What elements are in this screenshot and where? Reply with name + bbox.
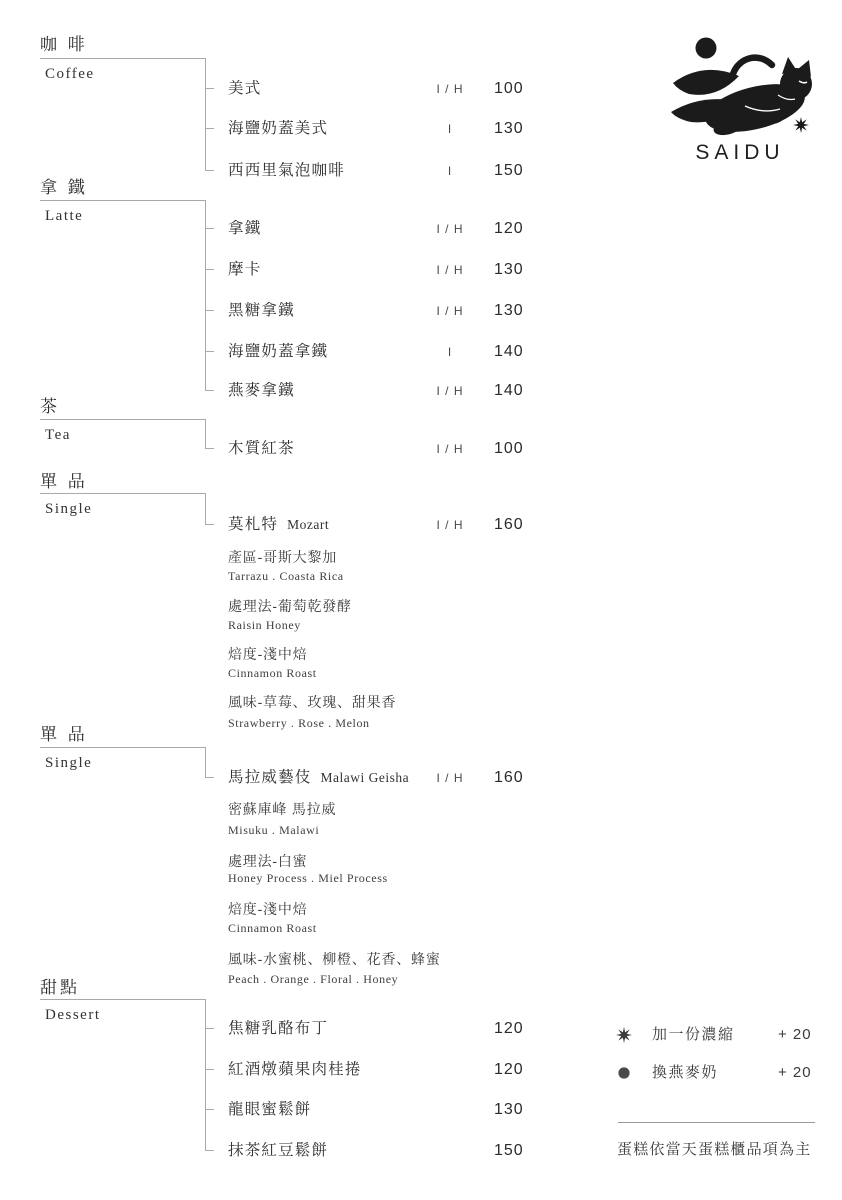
item-price: 160 [494,513,524,537]
item-price: 130 [494,117,524,141]
item-size: I [412,340,488,364]
sun-dot [696,38,717,59]
item-price: 130 [494,299,524,323]
detail-en: Cinnamon Roast [228,920,317,936]
item-price: 130 [494,258,524,282]
detail-zh: 密蘇庫峰 馬拉威 [228,800,336,818]
menu-item-row: 木質紅茶 I / H 100 [0,437,640,461]
item-name-en: Malawi Geisha [321,770,410,785]
addon-label: 換燕麥奶 [652,1061,718,1085]
menu-item-row: 龍眼蜜鬆餅 130 [0,1098,640,1122]
item-size: I / H [412,299,488,323]
menu-item-row: 海鹽奶蓋拿鐵 I 140 [0,340,640,364]
item-price: 100 [494,437,524,461]
addon-label: 加一份濃縮 [652,1023,735,1047]
section-underline [40,58,206,59]
item-size: I [412,159,488,183]
item-name: 馬拉威藝伎 [228,769,312,786]
item-name: 燕麥拿鐵 [228,382,295,399]
cat-ear-left [782,57,797,74]
section-title-zh: 單 品 [40,470,88,494]
footer-divider [618,1122,815,1123]
item-price: 130 [494,1098,524,1122]
item-name-en: Mozart [287,517,329,532]
detail-en: Tarrazu . Coasta Rica [228,568,344,584]
section-title-zh: 單 品 [40,723,88,747]
item-price: 150 [494,1139,524,1163]
star-icon [793,117,809,133]
item-size: I / H [412,513,488,537]
menu-item-row: 莫札特Mozart I / H 160 [0,513,640,537]
cat-tail [733,58,772,74]
menu-item-row: 黑糖拿鐵 I / H 130 [0,299,640,323]
section-title-zh: 茶 [40,395,60,419]
item-price: 140 [494,379,524,403]
menu-item-row: 西西里氣泡咖啡 I 150 [0,159,640,183]
item-size: I / H [412,379,488,403]
item-price: 150 [494,159,524,183]
detail-en: Cinnamon Roast [228,665,317,681]
menu-item-row: 海鹽奶蓋美式 I 130 [0,117,640,141]
detail-zh: 風味-草莓、玫瑰、甜果香 [228,693,396,711]
item-price: 140 [494,340,524,364]
item-name: 莫札特 [228,516,278,533]
eight-spoked-asterisk-icon [616,1027,632,1043]
addon-price: + 20 [778,1023,812,1047]
detail-en: Strawberry . Rose . Melon [228,715,370,731]
item-size: I / H [412,258,488,282]
detail-en: Misuku . Malawi [228,822,319,838]
detail-en: Raisin Honey [228,617,301,633]
detail-zh: 產區-哥斯大黎加 [228,548,337,566]
item-price: 120 [494,217,524,241]
cat-wing-upper [673,70,739,95]
addon-note-row: 加一份濃縮 + 20 [0,1023,842,1047]
brand-name: SAIDU [658,141,822,165]
item-name: 摩卡 [228,261,261,278]
detail-zh: 焙度-淺中焙 [228,900,307,918]
menu-item-row: 抹茶紅豆鬆餅 150 [0,1139,640,1163]
detail-zh: 焙度-淺中焙 [228,645,307,663]
item-size: I / H [412,77,488,101]
menu-item-row: 燕麥拿鐵 I / H 140 [0,379,640,403]
flying-cat-icon [659,24,821,138]
section-title-zh: 拿 鐵 [40,176,88,200]
item-size: I / H [412,217,488,241]
detail-zh: 處理法-白蜜 [228,852,307,870]
section-underline [40,493,206,494]
addon-note-row: 換燕麥奶 + 20 [0,1061,842,1085]
item-name: 西西里氣泡咖啡 [228,162,345,179]
bracket-line [205,58,206,170]
section-title-zh: 甜點 [40,976,80,1000]
item-size: I [412,117,488,141]
item-name: 抹茶紅豆鬆餅 [228,1142,328,1159]
item-name: 龍眼蜜鬆餅 [228,1101,312,1118]
detail-zh: 風味-水蜜桃、柳橙、花香、蜂蜜 [228,950,441,968]
item-price: 160 [494,766,524,790]
item-price: 100 [494,77,524,101]
detail-en: Honey Process . Miel Process [228,870,388,886]
detail-en: Peach . Orange . Floral . Honey [228,971,398,987]
section-underline [40,747,206,748]
menu-item-row: 摩卡 I / H 130 [0,258,640,282]
cake-availability-note: 蛋糕依當天蛋糕櫃品項為主 [617,1140,811,1160]
dot-icon [616,1065,632,1081]
detail-zh: 處理法-葡萄乾發酵 [228,597,352,615]
section-underline [40,419,206,420]
item-name: 海鹽奶蓋美式 [228,120,328,137]
menu-item-row: 拿鐵 I / H 120 [0,217,640,241]
section-underline [40,999,206,1000]
item-size: I / H [412,766,488,790]
item-name: 美式 [228,80,261,97]
item-name: 木質紅茶 [228,440,295,457]
menu-item-row: 馬拉威藝伎Malawi Geisha I / H 160 [0,766,640,790]
addon-price: + 20 [778,1061,812,1085]
section-underline [40,200,206,201]
item-size: I / H [412,437,488,461]
section-title-zh: 咖 啡 [40,33,88,57]
item-name: 海鹽奶蓋拿鐵 [228,343,328,360]
item-name: 拿鐵 [228,220,261,237]
brand-logo: SAIDU [658,24,822,165]
menu-item-row: 美式 I / H 100 [0,77,640,101]
item-name: 黑糖拿鐵 [228,302,295,319]
